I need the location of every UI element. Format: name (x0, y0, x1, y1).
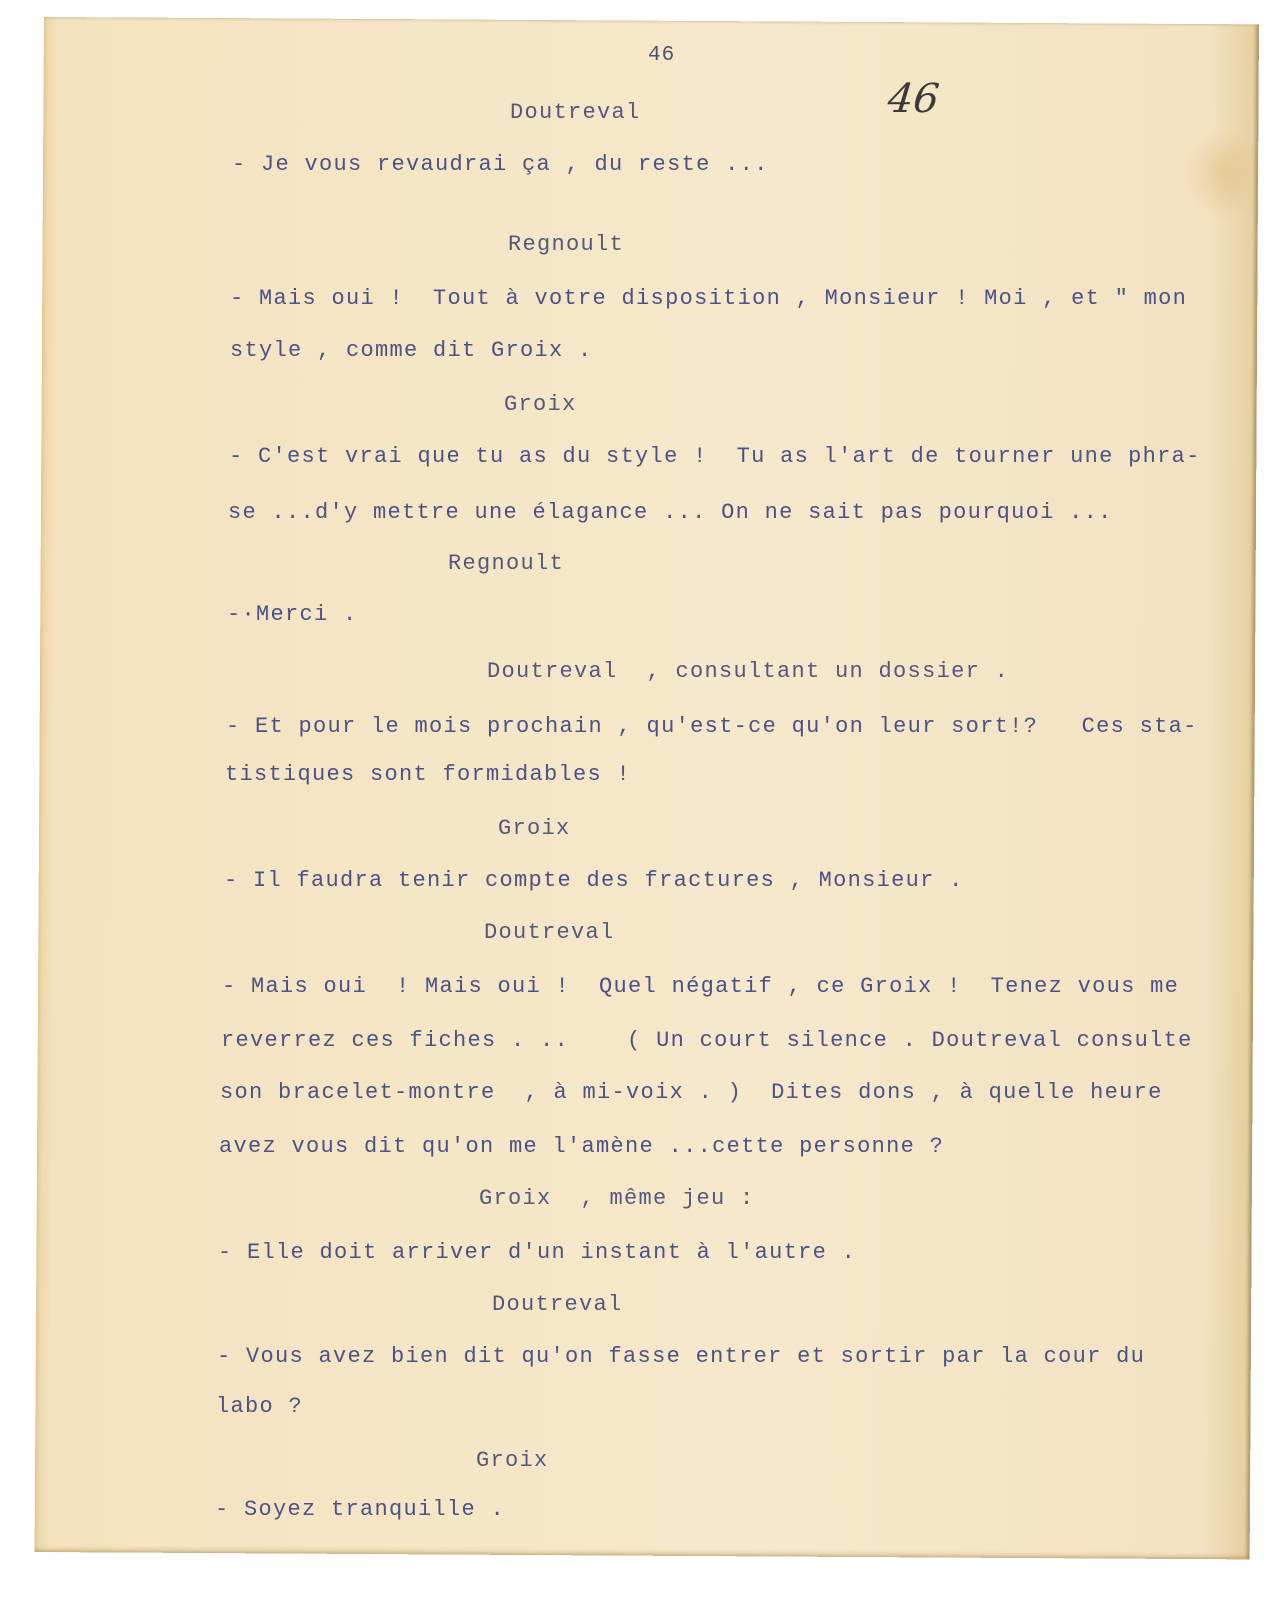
speaker-name: Regnoult (448, 551, 564, 576)
dialogue-line: style , comme dit Groix . (230, 338, 593, 363)
dialogue-line: - Elle doit arriver d'un instant à l'aut… (218, 1240, 856, 1265)
dialogue-line: - Je vous revaudrai ça , du reste ... (232, 152, 769, 177)
dialogue-line: labo ? (216, 1394, 303, 1419)
dialogue-line: - Et pour le mois prochain , qu'est-ce q… (226, 714, 1198, 739)
dialogue-line: avez vous dit qu'on me l'amène ...cette … (219, 1134, 944, 1159)
typed-page-number: 46 (648, 44, 675, 67)
speaker-name: Doutreval (492, 1292, 623, 1317)
speaker-name: Groix , même jeu : (479, 1186, 755, 1211)
dialogue-line: tistiques sont formidables ! (225, 762, 631, 787)
speaker-name: Groix (498, 816, 571, 841)
dialogue-line: se ...d'y mettre une élagance ... On ne … (228, 500, 1113, 525)
speaker-name: Regnoult (508, 232, 624, 257)
dialogue-line: -·Merci . (227, 602, 358, 627)
speaker-name: Groix (504, 392, 577, 417)
speaker-name: Doutreval (484, 920, 615, 945)
typewritten-page (35, 17, 1259, 1559)
dialogue-line: - Mais oui ! Tout à votre disposition , … (230, 286, 1187, 311)
dialogue-line: son bracelet-montre , à mi-voix . ) Dite… (220, 1080, 1163, 1105)
speaker-name: Doutreval (510, 100, 641, 125)
speaker-name: Doutreval , consultant un dossier . (487, 659, 1009, 684)
dialogue-line: - Vous avez bien dit qu'on fasse entrer … (217, 1344, 1145, 1369)
dialogue-line: - Mais oui ! Mais oui ! Quel négatif , c… (222, 974, 1179, 999)
speaker-name: Groix (476, 1448, 549, 1473)
dialogue-line: - C'est vrai que tu as du style ! Tu as … (229, 444, 1201, 469)
dialogue-line: - Il faudra tenir compte des fractures ,… (224, 868, 964, 893)
handwritten-page-number: 46 (886, 76, 942, 122)
dialogue-line: reverrez ces fiches . .. ( Un court sile… (221, 1028, 1193, 1053)
dialogue-line: - Soyez tranquille . (215, 1497, 505, 1522)
